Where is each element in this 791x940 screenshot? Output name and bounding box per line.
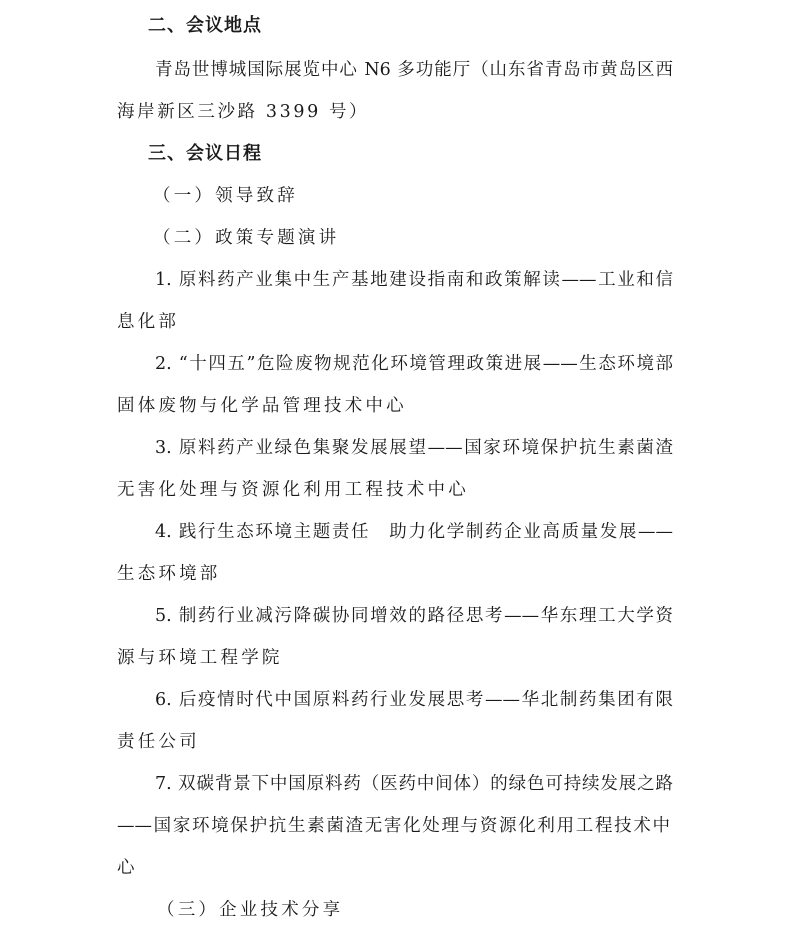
agenda-sub-enterprise-sharing: （三）企业技术分享 bbox=[157, 898, 343, 922]
talk-item-3-line1: 3. 原料药产业绿色集聚发展展望——国家环境保护抗生素菌渣 bbox=[155, 436, 673, 460]
talk-item-7-line2: ——国家环境保护抗生素菌渣无害化处理与资源化利用工程技术中 bbox=[117, 814, 670, 838]
talk-item-4-line2: 生态环境部 bbox=[117, 562, 673, 586]
talk-item-6-line1: 6. 后疫情时代中国原料药行业发展思考——华北制药集团有限 bbox=[155, 688, 673, 712]
section-heading-agenda: 三、会议日程 bbox=[148, 142, 262, 166]
talk-item-2-line1: 2. “十四五”危险废物规范化环境管理政策进展——生态环境部 bbox=[155, 352, 673, 376]
venue-address-line2: 海岸新区三沙路 3399 号） bbox=[117, 100, 673, 124]
talk-item-5-line2: 源与环境工程学院 bbox=[117, 646, 673, 670]
talk-item-7-line1: 7. 双碳背景下中国原料药（医药中间体）的绿色可持续发展之路 bbox=[155, 772, 673, 796]
talk-item-1-line2: 息化部 bbox=[117, 310, 673, 334]
talk-item-2-line2: 固体废物与化学品管理技术中心 bbox=[117, 394, 673, 418]
talk-item-3-line2: 无害化处理与资源化利用工程技术中心 bbox=[117, 478, 673, 502]
section-heading-venue: 二、会议地点 bbox=[148, 14, 262, 38]
agenda-sub-policy-talks: （二）政策专题演讲 bbox=[153, 226, 339, 250]
talk-item-7-line3: 心 bbox=[117, 856, 673, 880]
talk-item-1-line1: 1. 原料药产业集中生产基地建设指南和政策解读——工业和信 bbox=[155, 268, 673, 292]
venue-address-line1: 青岛世博城国际展览中心 N6 多功能厅（山东省青岛市黄岛区西 bbox=[155, 58, 673, 82]
agenda-sub-leader-speech: （一）领导致辞 bbox=[153, 184, 298, 208]
talk-item-4-line1: 4. 践行生态环境主题责任 助力化学制药企业高质量发展—— bbox=[155, 520, 673, 544]
talk-item-6-line2: 责任公司 bbox=[117, 730, 673, 754]
talk-item-5-line1: 5. 制药行业减污降碳协同增效的路径思考——华东理工大学资 bbox=[155, 604, 673, 628]
